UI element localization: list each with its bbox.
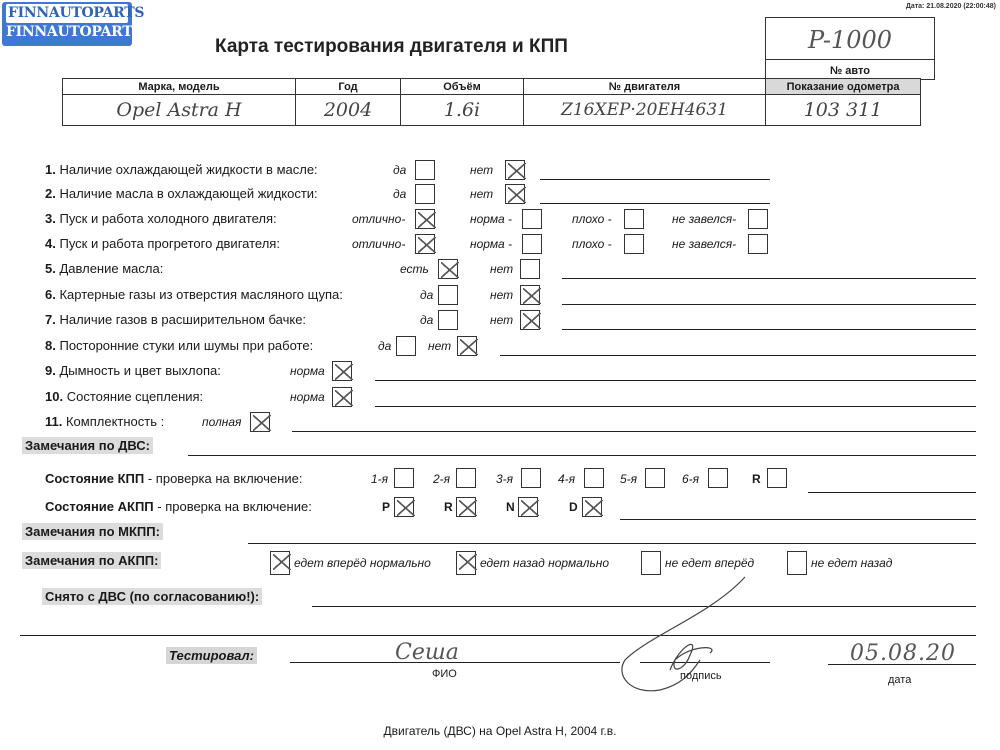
removed-label: Снято с ДВС (по согласованию!): xyxy=(42,588,262,605)
checkbox[interactable] xyxy=(505,160,525,180)
option-label: нет xyxy=(490,313,513,327)
checkbox[interactable] xyxy=(396,336,416,356)
akpp-remark-checkbox[interactable] xyxy=(456,551,476,575)
col-header-volume: Объём xyxy=(401,79,524,95)
tester-name-caption: ФИО xyxy=(432,668,457,680)
akpp-label-bold: Состояние АКПП xyxy=(45,499,154,514)
auto-number-box: P-1000 № авто xyxy=(765,17,935,80)
checkbox[interactable] xyxy=(332,361,352,381)
extra-notes-line[interactable] xyxy=(20,635,976,636)
akpp-label-rest: - проверка на включение: xyxy=(154,499,312,514)
remarks-engine-label: Замечания по ДВС: xyxy=(22,437,153,454)
check-item-number: 3. xyxy=(45,211,56,226)
check-item-number: 6. xyxy=(45,287,56,302)
checkbox[interactable] xyxy=(332,387,352,407)
check-notes-line[interactable] xyxy=(562,304,976,305)
col-header-year: Год xyxy=(296,79,401,95)
option-label: нет xyxy=(470,187,493,201)
option-label: отлично- xyxy=(352,212,405,226)
value-year: 2004 xyxy=(296,95,401,126)
checkbox[interactable] xyxy=(415,160,435,180)
check-notes-line[interactable] xyxy=(540,179,770,180)
option-label: есть xyxy=(400,262,429,276)
checkbox[interactable] xyxy=(415,234,435,254)
checkbox[interactable] xyxy=(520,310,540,330)
check-notes-line[interactable] xyxy=(375,406,976,407)
checkbox[interactable] xyxy=(522,209,542,229)
option-label: нет xyxy=(490,262,513,276)
check-item-number: 11. xyxy=(45,414,62,429)
gear-label: 6-я xyxy=(682,472,699,486)
option-label: отлично- xyxy=(352,237,405,251)
check-item-number: 4. xyxy=(45,236,56,251)
option-label: норма - xyxy=(470,237,512,251)
akpp-remark-label: едет назад нормально xyxy=(480,556,609,570)
gear-checkbox[interactable] xyxy=(521,468,541,488)
check-item-text: Наличие газов в расширительном бачке: xyxy=(59,312,306,327)
akpp-remark-checkbox[interactable] xyxy=(787,551,807,575)
check-item-text: Картерные газы из отверстия масляного щу… xyxy=(59,287,342,302)
option-label: да xyxy=(420,288,433,302)
check-item-number: 5. xyxy=(45,261,56,276)
option-label: да xyxy=(393,187,406,201)
mode-label: N xyxy=(506,500,515,514)
checkbox[interactable] xyxy=(415,184,435,204)
watermark-logo: FINNAUTOPARTS FINNAUTOPARTS xyxy=(2,2,132,46)
option-label: нет xyxy=(428,339,451,353)
check-item-label: 2. Наличие масла в охлаждающей жидкости: xyxy=(45,186,318,201)
value-make-model: Opel Astra H xyxy=(63,95,296,126)
test-date-value: 05.08.20 xyxy=(850,641,956,666)
value-odometer: 103 311 xyxy=(766,95,921,126)
gear-checkbox[interactable] xyxy=(708,468,728,488)
check-item-label: 10. Состояние сцепления: xyxy=(45,389,203,404)
checkbox[interactable] xyxy=(624,209,644,229)
mode-checkbox[interactable] xyxy=(582,497,602,517)
remarks-akpp-label: Замечания по АКПП: xyxy=(22,552,161,569)
checkbox[interactable] xyxy=(438,285,458,305)
kpp-check-label: Состояние КПП - проверка на включение: xyxy=(45,471,302,486)
watermark-line-2: FINNAUTOPARTS xyxy=(6,23,128,42)
check-notes-line[interactable] xyxy=(500,355,976,356)
check-item-text: Наличие охлаждающей жидкости в масле: xyxy=(59,162,317,177)
mode-checkbox[interactable] xyxy=(394,497,414,517)
mode-checkbox[interactable] xyxy=(456,497,476,517)
col-header-engine-number: № двигателя xyxy=(524,79,766,95)
akpp-check-label: Состояние АКПП - проверка на включение: xyxy=(45,499,312,514)
gear-checkbox[interactable] xyxy=(456,468,476,488)
mode-label: P xyxy=(382,500,390,514)
col-header-odometer: Показание одометра xyxy=(766,79,921,95)
check-notes-line[interactable] xyxy=(562,278,976,279)
auto-number-value: P-1000 xyxy=(766,20,934,60)
check-item-text: Пуск и работа прогретого двигателя: xyxy=(59,236,279,251)
gear-label: 2-я xyxy=(433,472,450,486)
check-item-text: Дымность и цвет выхлопа: xyxy=(59,363,220,378)
checkbox[interactable] xyxy=(520,259,540,279)
checkbox[interactable] xyxy=(457,336,477,356)
gear-checkbox[interactable] xyxy=(394,468,414,488)
option-label: плохо - xyxy=(572,212,612,226)
check-item-text: Посторонние стуки или шумы при работе: xyxy=(59,338,313,353)
option-label: не завелся- xyxy=(672,237,736,251)
check-item-number: 8. xyxy=(45,338,56,353)
check-item-text: Пуск и работа холодного двигателя: xyxy=(59,211,276,226)
akpp-remark-checkbox[interactable] xyxy=(641,551,661,575)
datestamp: Дата: 21.08.2020 (22:00:48) xyxy=(906,3,996,10)
check-item-number: 7. xyxy=(45,312,56,327)
check-item-number: 2. xyxy=(45,186,56,201)
image-caption: Двигатель (ДВС) на Opel Astra H, 2004 г.… xyxy=(0,724,1000,738)
check-item-label: 4. Пуск и работа прогретого двигателя: xyxy=(45,236,280,251)
mode-label: R xyxy=(444,500,453,514)
akpp-notes-line[interactable] xyxy=(620,519,976,520)
akpp-remark-label: не едет вперёд xyxy=(665,556,754,570)
check-item-label: 9. Дымность и цвет выхлопа: xyxy=(45,363,221,378)
check-item-label: 11. Комплектность : xyxy=(45,414,164,429)
option-label: полная xyxy=(202,415,241,429)
checkbox[interactable] xyxy=(250,412,270,432)
signature-scribble xyxy=(610,575,760,705)
check-item-label: 7. Наличие газов в расширительном бачке: xyxy=(45,312,306,327)
test-date-line[interactable] xyxy=(828,664,976,665)
checkbox[interactable] xyxy=(522,234,542,254)
mode-checkbox[interactable] xyxy=(518,497,538,517)
checkbox[interactable] xyxy=(624,234,644,254)
akpp-remark-label: едет вперёд нормально xyxy=(294,556,431,570)
value-engine-number: Z16XEP·20EH4631 xyxy=(524,95,766,126)
remarks-mkpp-line[interactable] xyxy=(248,543,976,544)
check-item-label: 5. Давление масла: xyxy=(45,261,163,276)
checkbox[interactable] xyxy=(415,209,435,229)
option-label: да xyxy=(378,339,391,353)
check-item-label: 8. Посторонние стуки или шумы при работе… xyxy=(45,338,313,353)
kpp-label-rest: - проверка на включение: xyxy=(144,471,302,486)
checkbox[interactable] xyxy=(520,285,540,305)
gear-checkbox[interactable] xyxy=(584,468,604,488)
gear-label: 3-я xyxy=(496,472,513,486)
check-item-text: Комплектность : xyxy=(66,414,164,429)
value-volume: 1.6i xyxy=(401,95,524,126)
check-item-text: Давление масла: xyxy=(59,261,163,276)
tested-by-label: Тестировал: xyxy=(166,647,257,664)
checkbox[interactable] xyxy=(438,310,458,330)
gear-label: R xyxy=(752,472,761,486)
checkbox[interactable] xyxy=(438,259,458,279)
check-notes-line[interactable] xyxy=(375,380,976,381)
kpp-label-bold: Состояние КПП xyxy=(45,471,144,486)
kpp-notes-line[interactable] xyxy=(808,492,976,493)
akpp-remark-label: не едет назад xyxy=(811,556,892,570)
checkbox[interactable] xyxy=(505,184,525,204)
option-label: нет xyxy=(490,288,513,302)
check-item-number: 9. xyxy=(45,363,56,378)
akpp-remark-checkbox[interactable] xyxy=(270,551,290,575)
check-item-label: 1. Наличие охлаждающей жидкости в масле: xyxy=(45,162,318,177)
check-item-number: 10. xyxy=(45,389,63,404)
signature-caption: подпись xyxy=(680,670,722,682)
remarks-engine-line[interactable] xyxy=(188,455,976,456)
checkbox[interactable] xyxy=(748,209,768,229)
check-item-label: 6. Картерные газы из отверстия масляного… xyxy=(45,287,343,302)
check-notes-line[interactable] xyxy=(540,203,770,204)
option-label: норма xyxy=(290,364,325,378)
option-label: плохо - xyxy=(572,237,612,251)
gear-label: 5-я xyxy=(620,472,637,486)
option-label: норма - xyxy=(470,212,512,226)
check-item-label: 3. Пуск и работа холодного двигателя: xyxy=(45,211,277,226)
gear-label: 1-я xyxy=(371,472,388,486)
gear-checkbox[interactable] xyxy=(767,468,787,488)
checkbox[interactable] xyxy=(748,234,768,254)
check-item-text: Состояние сцепления: xyxy=(67,389,203,404)
page-title: Карта тестирования двигателя и КПП xyxy=(215,36,568,58)
check-item-text: Наличие масла в охлаждающей жидкости: xyxy=(59,186,317,201)
check-notes-line[interactable] xyxy=(292,431,976,432)
mode-label: D xyxy=(569,500,578,514)
col-header-make-model: Марка, модель xyxy=(63,79,296,95)
gear-checkbox[interactable] xyxy=(645,468,665,488)
option-label: нет xyxy=(470,163,493,177)
gear-label: 4-я xyxy=(558,472,575,486)
tester-name-line[interactable] xyxy=(290,662,620,663)
option-label: не завелся- xyxy=(672,212,736,226)
option-label: норма xyxy=(290,390,325,404)
option-label: да xyxy=(393,163,406,177)
option-label: да xyxy=(420,313,433,327)
remarks-mkpp-label: Замечания по МКПП: xyxy=(22,523,163,540)
check-notes-line[interactable] xyxy=(562,329,976,330)
auto-number-label: № авто xyxy=(766,65,934,77)
check-item-number: 1. xyxy=(45,162,56,177)
vehicle-info-table: Марка, модель Год Объём № двигателя Пока… xyxy=(62,78,921,126)
watermark-line-1: FINNAUTOPARTS xyxy=(6,4,128,23)
test-date-caption: дата xyxy=(888,674,911,686)
